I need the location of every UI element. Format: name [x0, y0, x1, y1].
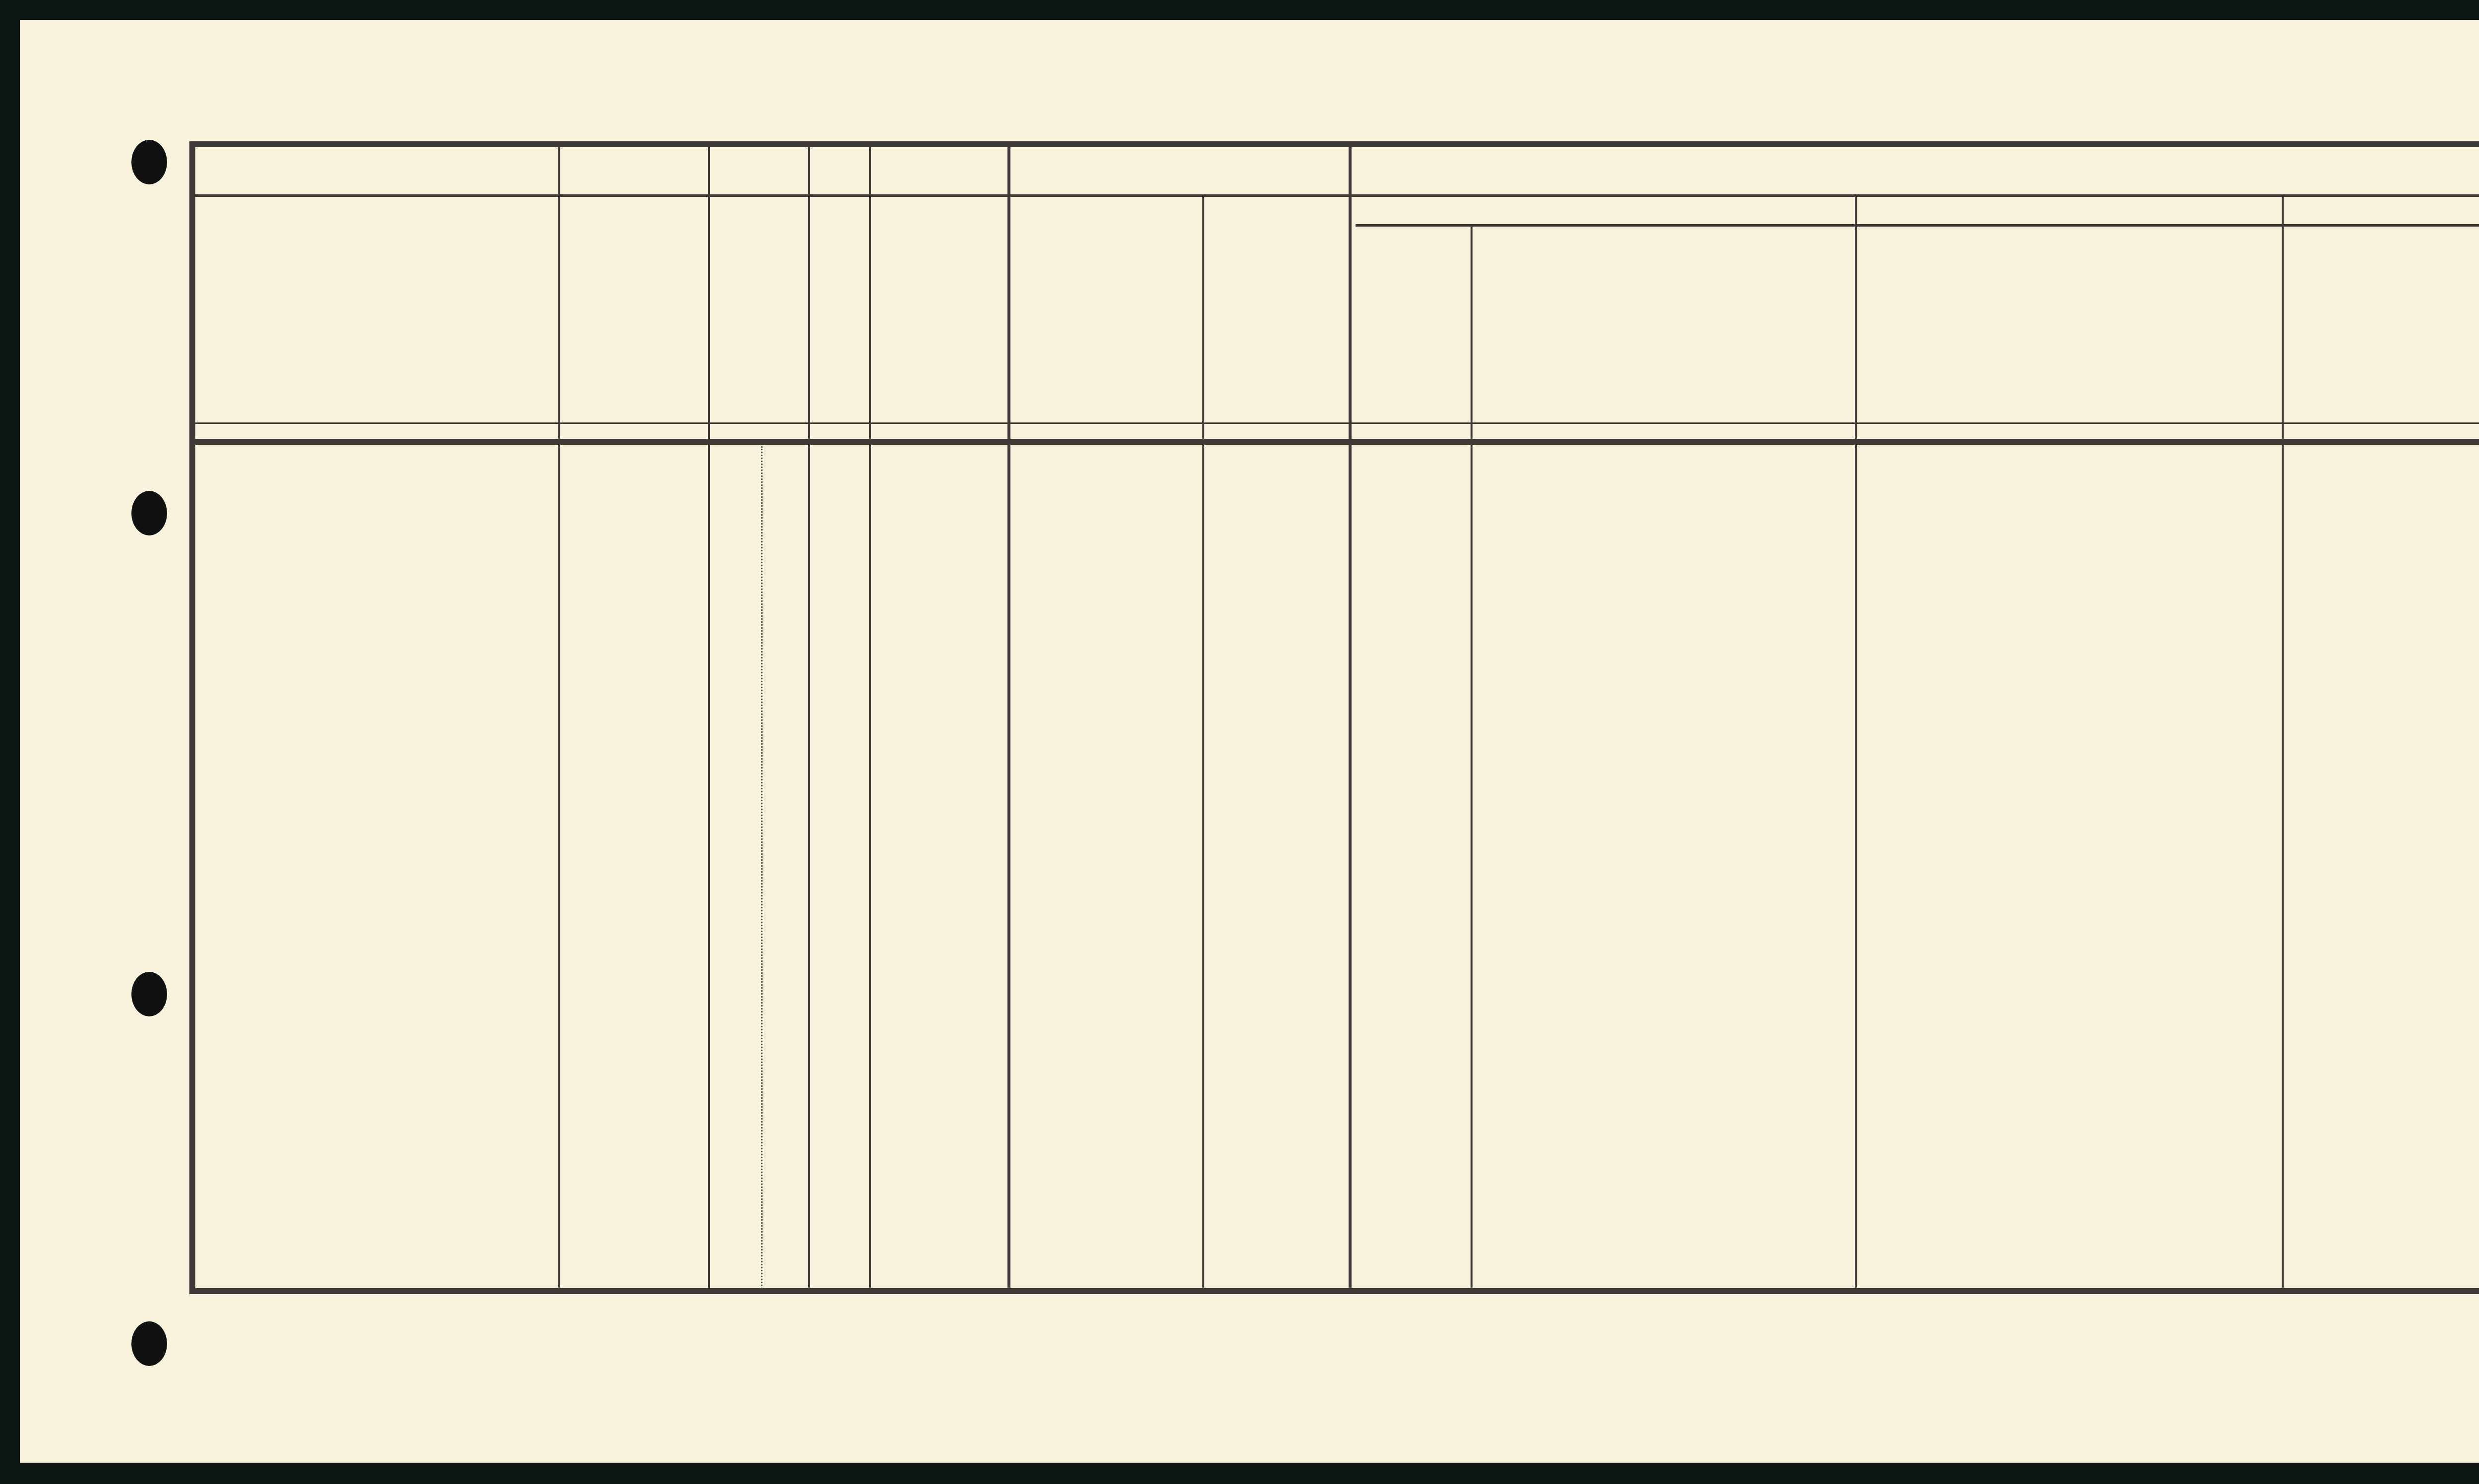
- punch-hole: [131, 972, 167, 1016]
- age-split: [761, 446, 763, 1289]
- header-relationship: [560, 147, 708, 194]
- header-age: [710, 147, 808, 194]
- schedule-table: [189, 141, 2479, 1294]
- punch-hole: [131, 140, 167, 184]
- header-name-surname: [195, 147, 573, 194]
- punch-hole: [131, 491, 167, 535]
- punch-hole: [131, 1321, 167, 1366]
